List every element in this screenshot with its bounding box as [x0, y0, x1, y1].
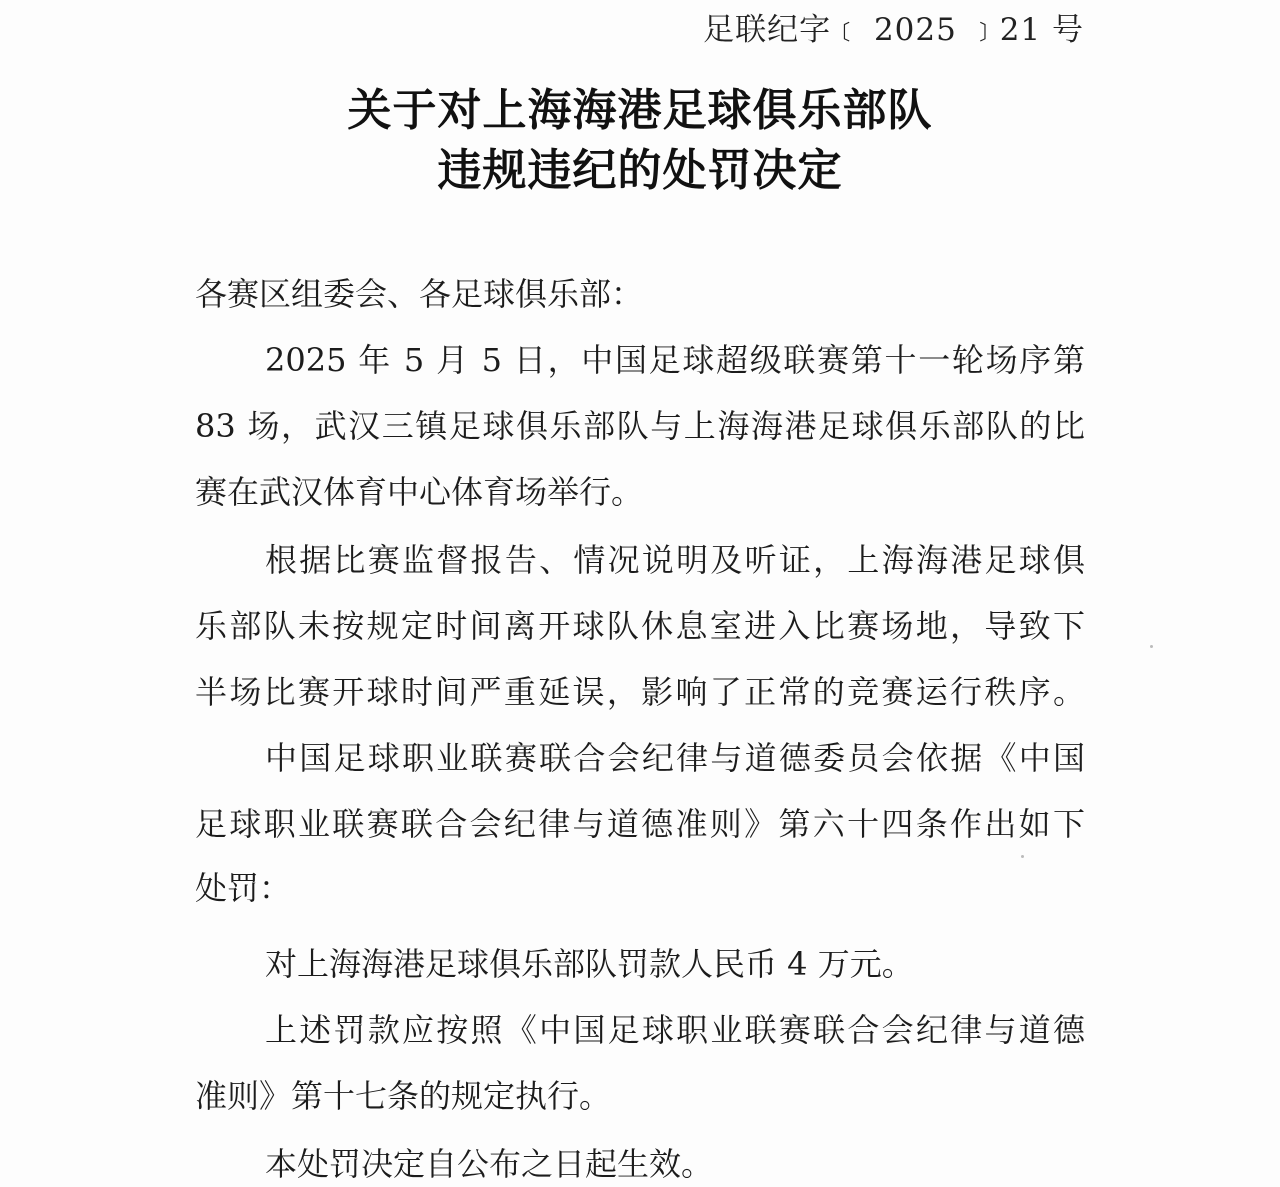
salutation: 各赛区组委会、各足球俱乐部：	[195, 274, 1085, 314]
paragraph-1-line-2: 83 场，武汉三镇足球俱乐部队与上海海港足球俱乐部队的比	[195, 406, 1085, 446]
paragraph-1-line-1: 2025 年 5 月 5 日，中国足球超级联赛第十一轮场序第	[265, 340, 1085, 380]
document-number: 足联纪字﹝ 2025 ﹞21 号	[703, 4, 1084, 49]
paragraph-1-line-3: 赛在武汉体育中心体育场举行。	[195, 472, 1085, 512]
document-page: 足联纪字﹝ 2025 ﹞21 号 关于对上海海港足球俱乐部队 违规违纪的处罚决定…	[0, 0, 1280, 1187]
paragraph-3-line-2: 足球职业联赛联合会纪律与道德准则》第六十四条作出如下	[195, 804, 1085, 844]
paragraph-2-line-1: 根据比赛监督报告、情况说明及听证，上海海港足球俱	[265, 540, 1085, 580]
effective-statement: 本处罚决定自公布之日起生效。	[265, 1144, 1085, 1184]
document-title-line-2: 违规违纪的处罚决定	[0, 134, 1280, 198]
document-title-line-1: 关于对上海海港足球俱乐部队	[0, 74, 1280, 138]
scan-speck	[1150, 645, 1153, 648]
paragraph-5-line-2: 准则》第十七条的规定执行。	[195, 1076, 1085, 1116]
paragraph-2-line-2: 乐部队未按规定时间离开球队休息室进入比赛场地，导致下	[195, 606, 1085, 646]
scan-speck	[1021, 855, 1024, 858]
paragraph-2-line-3: 半场比赛开球时间严重延误，影响了正常的竞赛运行秩序。	[195, 672, 1085, 712]
paragraph-3-line-3: 处罚：	[195, 868, 1085, 908]
penalty-statement: 对上海海港足球俱乐部队罚款人民币 4 万元。	[265, 944, 1085, 984]
paragraph-3-line-1: 中国足球职业联赛联合会纪律与道德委员会依据《中国	[265, 738, 1085, 778]
paragraph-5-line-1: 上述罚款应按照《中国足球职业联赛联合会纪律与道德	[265, 1010, 1085, 1050]
